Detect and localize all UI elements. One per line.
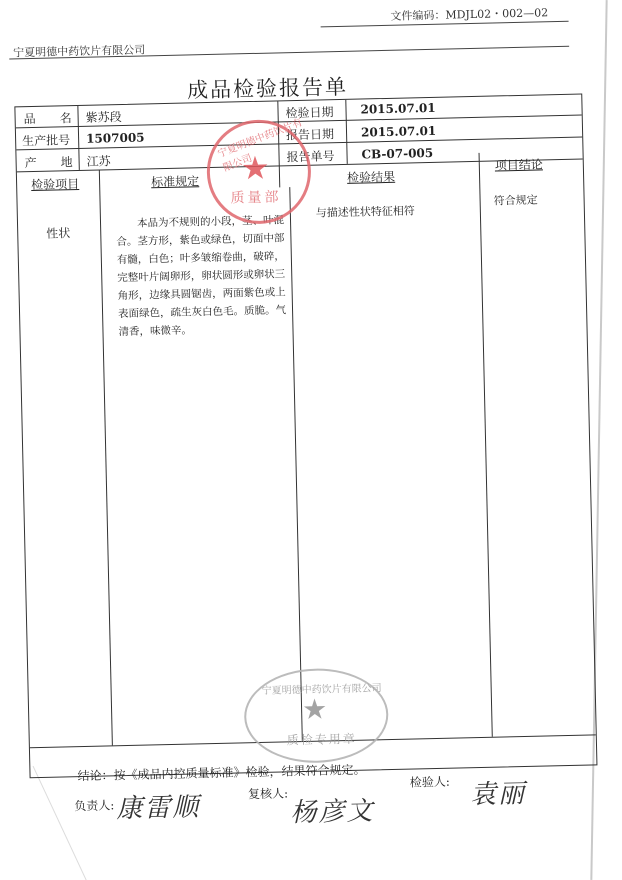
report-no-value: CB-07-005 bbox=[361, 146, 433, 162]
quality-dept-stamp: 宁夏明德中药饮片有限公司 ★ 质量部 bbox=[206, 119, 312, 225]
column-header-conclusion: 项目结论 bbox=[495, 155, 543, 173]
stamp-bottom-text: 质量部 bbox=[230, 186, 281, 207]
batch-value: 1507005 bbox=[86, 130, 145, 145]
report-page: 文件编码：MDJL02・002—02 宁夏明德中药饮片有限公司 成品检验报告单 … bbox=[0, 0, 622, 880]
stamp-bottom-text: 质检专用章 bbox=[287, 730, 357, 749]
divider bbox=[77, 106, 79, 170]
row-item: 性状 bbox=[46, 224, 70, 242]
inspect-date-value: 2015.07.01 bbox=[360, 101, 435, 117]
divider bbox=[345, 100, 347, 164]
column-header-item: 检验项目 bbox=[31, 175, 79, 193]
row-conclusion: 符合规定 bbox=[493, 192, 537, 209]
name-value: 紫苏段 bbox=[85, 108, 121, 126]
divider bbox=[479, 153, 493, 737]
row-result: 与描述性状特征相符 bbox=[316, 202, 415, 220]
batch-label: 生产批号 bbox=[22, 131, 70, 149]
inspector-signature: 袁丽 bbox=[470, 773, 527, 811]
report-table: 品 名 紫苏段 生产批号 1507005 产 地 江苏 检验日期 2015.07… bbox=[14, 94, 597, 779]
star-icon: ★ bbox=[302, 692, 328, 726]
column-header-result: 检验结果 bbox=[347, 168, 395, 186]
name-label: 品 名 bbox=[23, 109, 71, 127]
star-icon: ★ bbox=[240, 149, 270, 188]
report-date-value: 2015.07.01 bbox=[361, 124, 436, 140]
row-standard: 本品为不规则的小段，茎、叶混合。茎方形，紫色或绿色，切面中部有髓，白色；叶多皱缩… bbox=[116, 211, 289, 341]
origin-label: 产 地 bbox=[24, 153, 72, 171]
responsible-label: 负责人: bbox=[74, 796, 114, 814]
column-header-standard: 标准规定 bbox=[151, 172, 199, 190]
origin-value: 江苏 bbox=[86, 152, 110, 170]
inspector-label: 检验人: bbox=[410, 773, 450, 791]
reviewer-signature: 杨彦文 bbox=[290, 790, 375, 829]
divider bbox=[99, 169, 113, 745]
divider bbox=[289, 187, 303, 741]
responsible-signature: 康雷顺 bbox=[116, 786, 201, 825]
qc-stamp: 宁夏明德中药饮片有限公司 ★ 质检专用章 bbox=[243, 667, 389, 764]
reviewer-label: 复核人: bbox=[248, 784, 288, 802]
